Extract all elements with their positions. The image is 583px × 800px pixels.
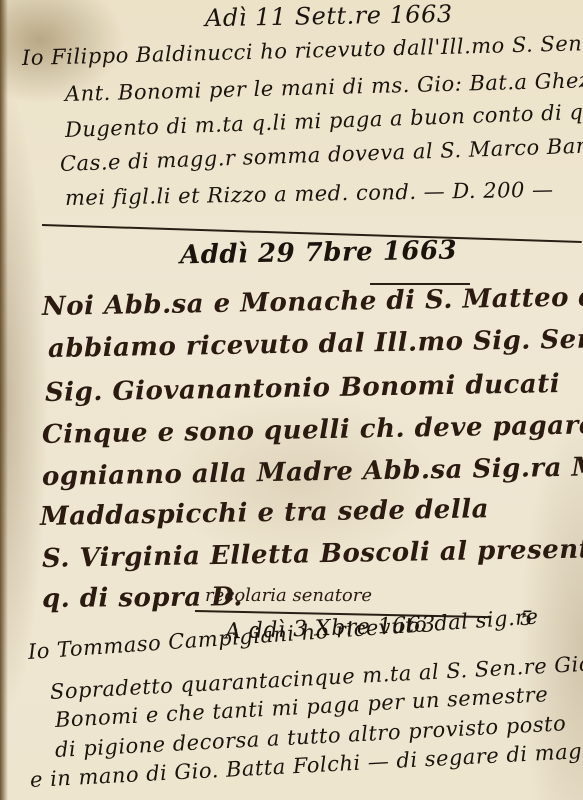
entry-1-line-1: Io Filippo Baldinucci ho ricevuto dall'I… bbox=[22, 29, 583, 70]
paper-edge-stain bbox=[0, 0, 8, 800]
entry-2-line-7: S. Virginia Elletta Boscoli al presente bbox=[42, 534, 583, 574]
entry-1-line-3: Dugento di m.ta q.li mi paga a buon cont… bbox=[65, 98, 583, 142]
entry-2-signature-note: recolaria senatore bbox=[205, 585, 372, 606]
entry-1-date: Adì 11 Sett.re 1663 bbox=[205, 0, 453, 32]
entry-2-date: Addì 29 7bre 1663 bbox=[180, 236, 458, 271]
entry-2-line-6: Maddaspicchi e tra sede della bbox=[40, 494, 489, 532]
entry-1-line-2: Ant. Bonomi per le mani di ms. Gio: Bat.… bbox=[65, 66, 583, 106]
manuscript-page: Adì 11 Sett.re 1663 Io Filippo Baldinucc… bbox=[0, 0, 583, 800]
entry-2-line-2: abbiamo ricevuto dal Ill.mo Sig. Senator… bbox=[48, 323, 583, 364]
entry-2-line-4: Cinque e sono quelli ch. deve pagare bbox=[42, 410, 583, 450]
entry-1-line-5: mei figl.li et Rizzo a med. cond. — D. 2… bbox=[65, 177, 554, 210]
entry-2-line-1: Noi Abb.sa e Monache di S. Matteo d'Arce… bbox=[42, 280, 583, 322]
entry-2-line-5: ognianno alla Madre Abb.sa Sig.ra Massim… bbox=[42, 450, 583, 492]
entry-2-line-3: Sig. Giovanantonio Bonomi ducati bbox=[45, 369, 561, 408]
